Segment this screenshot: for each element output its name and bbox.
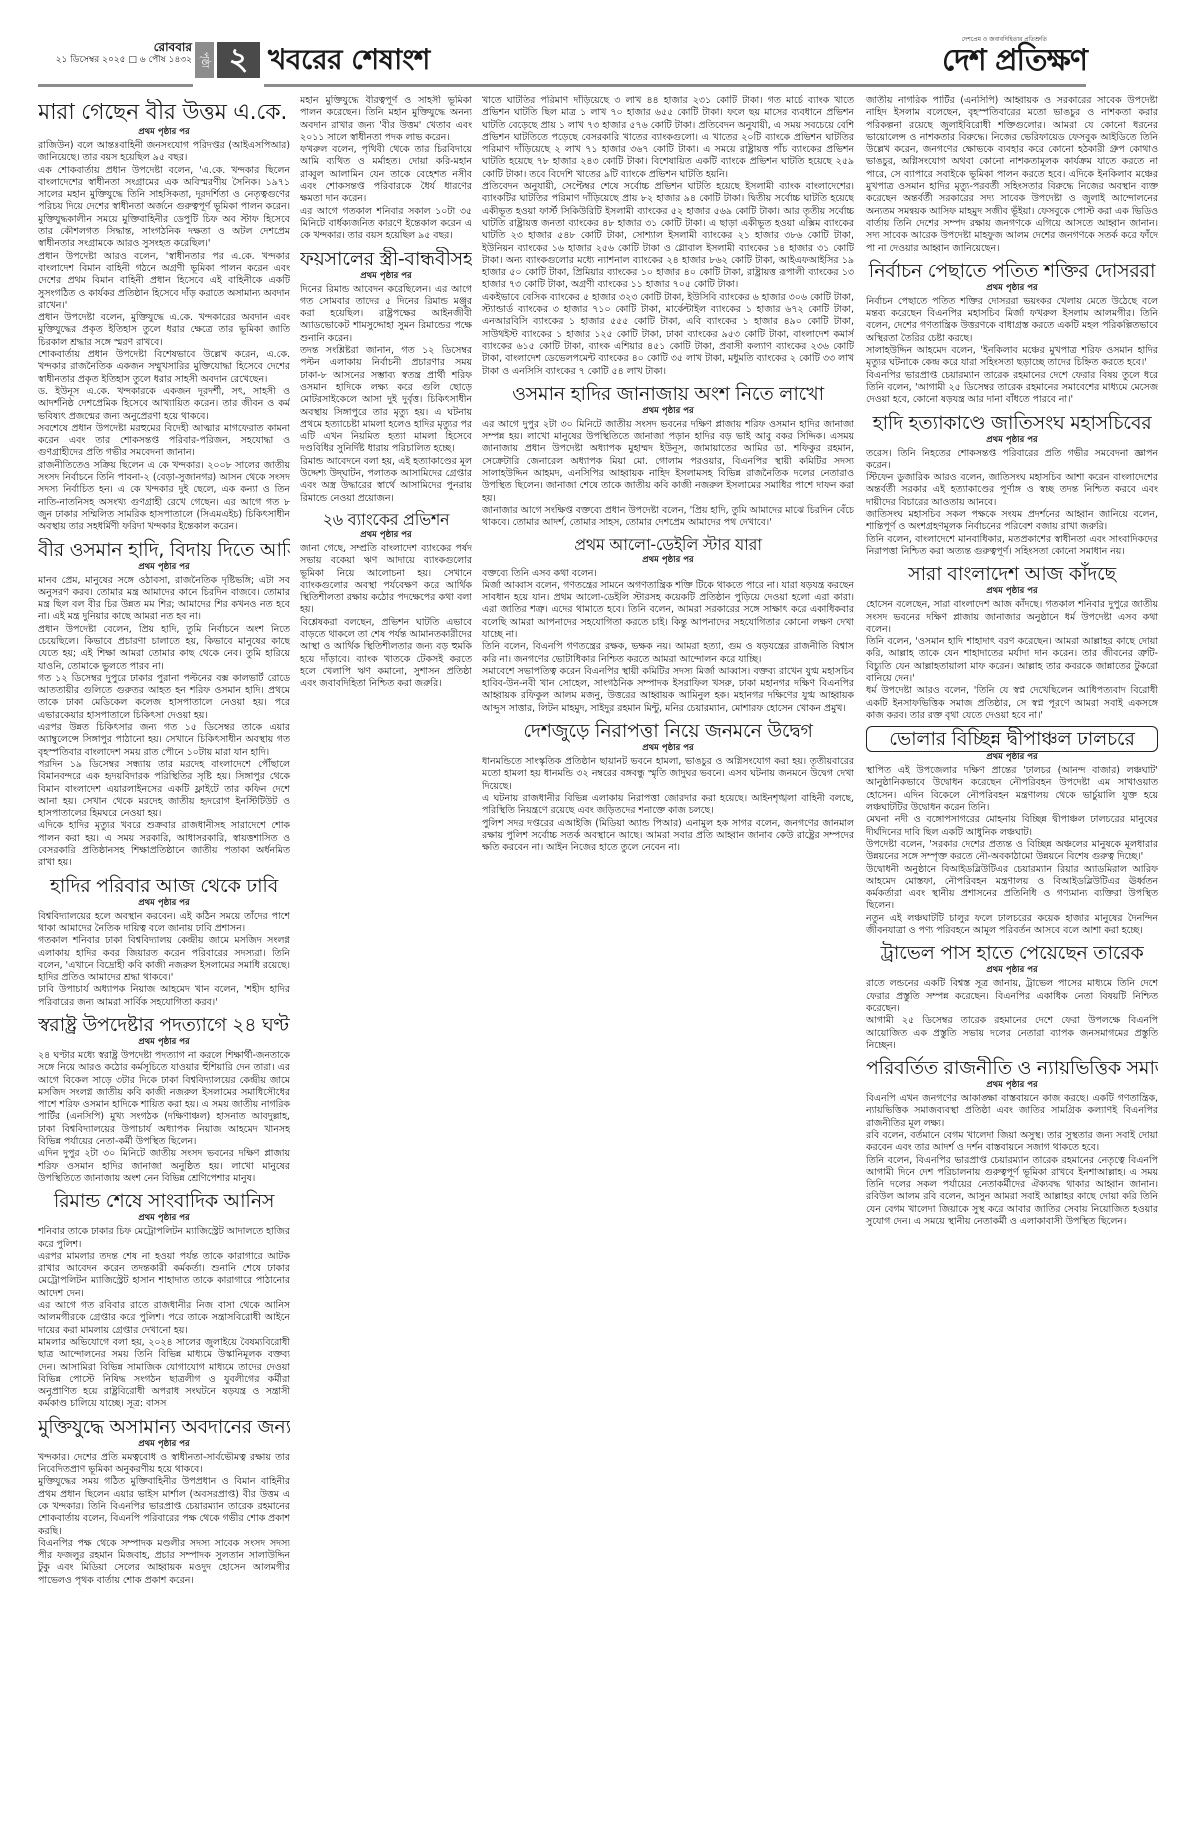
continued-label: প্রথম পৃষ্ঠার পর [866,435,1158,446]
date-block: রোববার ২১ ডিসেম্বর ২০২৫ □ ৬ পৌষ ১৪৩২ [0,40,192,66]
section-title: খবরের শেষাংশ [268,40,430,80]
article-security-concern: দেশজুড়ে নিরাপত্তা নিয়ে জনমনে উদ্বেগ প্… [482,719,854,854]
article-paragraph: মুক্তিযুদ্ধের সময় গঠিত মুক্তিবাহিনীর উপ… [38,1476,290,1537]
article-paragraph: ধানমন্ডিতে সাংস্কৃতিক প্রতিষ্ঠান ছায়ানট… [482,756,854,793]
header-rule-left [38,84,193,87]
headline: ভোলার বিচ্ছিন্ন দ্বীপাঞ্চল ঢালচরে [866,726,1158,752]
newspaper-brand: দেশপ্রেম ও জবাবদিহিতার প্রতিশ্রুতি দেশ প… [942,36,1087,78]
article-paragraph: উদ্বোধনী অনুষ্ঠানে বিআইডব্লিউটিএর চেয়ার… [866,864,1158,913]
article-paragraph: জানা গেছে, সম্প্রতি বাংলাদেশ ব্যাংকের পর… [300,543,472,617]
continued-label: প্রথম পৃষ্ঠার পর [38,1037,290,1048]
headline: নির্বাচন পেছাতে পতিত শক্তির দোসররা [866,259,1158,283]
article-26-banks: ২৬ ব্যাংকের প্রভিশন প্রথম পৃষ্ঠার পর জান… [300,509,472,691]
article-paragraph: তিনি বলেন, বিএনপির ভারপ্রাপ্ত চেয়ারম্যা… [866,1155,1158,1229]
article-travel-pass: ট্রাভেল পাস হাতে পেয়েছেন তারেক প্রথম পৃ… [866,941,1158,1052]
continued-label: প্রথম পৃষ্ঠার পর [866,752,1158,763]
headline: ওসমান হাদির জানাজায় অংশ নিতে লাখো [482,382,854,406]
article-paragraph: খাতে ঘাটতির পরিমাণ দাঁড়িয়েছে ৩ লাখ ৪৪ … [482,95,854,181]
article-paragraph: ড. ইউনূস এ.কে. খন্দকারকে একজন দূরদর্শী, … [38,386,290,423]
headline: হাদি হত্যাকাণ্ডে জাতিসংঘ মহাসচিবের [866,411,1158,435]
article-paragraph: জাতীয় নাগরিক পার্টির (এনসিপি) আহ্বায়ক … [866,95,1158,255]
article-hadi-family: হাদির পরিবার আজ থেকে ঢাবি প্রথম পৃষ্ঠার … [38,874,290,1009]
continued-label: প্রথম পৃষ্ঠার পর [38,1439,290,1450]
continued-label: প্রথম পৃষ্ঠার পর [866,586,1158,597]
article-prothom-alo: প্রথম আলো-ডেইলি স্টার যারা প্রথম পৃষ্ঠার… [482,534,854,716]
article-paragraph: এরপর উন্নত চিকিৎসার জন্য গত ১৫ ডিসেম্বর … [38,722,290,759]
article-paragraph: তিনি বলেন, বিএনপি গণতন্ত্রের রক্ষক, ভক্ষ… [482,641,854,666]
article-paragraph: নতুন এই লঞ্চঘাটটি চালুর ফলে ঢালচরের কয়ে… [866,913,1158,938]
article-faisal: ফয়সালের স্ত্রী-বান্ধবীসহ প্রথম পৃষ্ঠার … [300,247,472,505]
page-number: ২ [217,42,260,78]
article-changed-politics: পরিবর্তিত রাজনীতি ও ন্যায়ভিত্তিক সমাজ প… [866,1056,1158,1228]
article-paragraph: রিমান্ড আবেদনে বলা হয়, এই হত্যাকাণ্ডের … [300,456,472,505]
headline: মুক্তিযুদ্ধে অসামান্য অবদানের জন্য এ [38,1415,290,1439]
article-paragraph: ধর্ম উপদেষ্টা আরও বলেন, 'তিনি যে স্বপ্ন … [866,685,1158,722]
article-paragraph: রাতে লন্ডনের একটি বিশ্বস্ত সূত্র জানায়,… [866,978,1158,1015]
article-paragraph: এদিন দুপুর ২টা ৩০ মিনিটে জাতীয় সংসদ ভবন… [38,1148,290,1185]
article-paragraph: খন্দকার। দেশের প্রতি মমত্ববোধ ও স্বাধীনত… [38,1452,290,1477]
column-2: মহান মুক্তিযুদ্ধে বীরত্বপূর্ণ ও সাহসী ভূ… [300,95,472,1835]
article-paragraph: শনিবার তাকে ঢাকার চিফ মেট্রোপলিটন ম্যাজি… [38,1226,290,1251]
article-paragraph: তদন্ত সংশ্লিষ্টরা জানান, গত ১২ ডিসেম্বর … [300,345,472,456]
article-paragraph: এদিকে হাদির মৃত্যুর খবরে শুক্রবার রাজধান… [38,820,290,869]
article-election: নির্বাচন পেছাতে পতিত শক্তির দোসররা প্রথম… [866,259,1158,407]
article-paragraph: শোকবার্তায় প্রধান উপদেষ্টা বিশেষভাবে উল… [38,349,290,386]
article-paragraph: প্রধান উপদেষ্টা বলেন, মুক্তিযুদ্ধে এ.কে.… [38,312,290,349]
article-paragraph: মহান মুক্তিযুদ্ধে বীরত্বপূর্ণ ও সাহসী ভূ… [300,95,472,144]
article-paragraph: তিনি বলেন, 'ওসমান হাদি শাহাদাৎ বরণ করেছে… [866,636,1158,685]
article-paragraph: আগামী ২৫ ডিসেম্বর তারেক রহমানের দেশে ফের… [866,1015,1158,1052]
article-liberation-war: মুক্তিযুদ্ধে অসামান্য অবদানের জন্য এ প্র… [38,1415,290,1587]
article-paragraph: স্টিফেন ডুজারিক আরও বলেন, জাতিসংঘ মহাসচি… [866,472,1158,509]
article-paragraph: এক শোকবার্তায় প্রধান উপদেষ্টা বলেন, 'এ.… [38,165,290,251]
continued-label: প্রথম পৃষ্ঠার পর [300,530,472,541]
article-un-secretary-general: হাদি হত্যাকাণ্ডে জাতিসংঘ মহাসচিবের প্রথম… [866,411,1158,559]
headline: পরিবর্তিত রাজনীতি ও ন্যায়ভিত্তিক সমাজ [866,1056,1158,1080]
article-paragraph: সালাহউদ্দিন আহমেদ বলেন, 'ইনকিলাব মঞ্চের … [866,345,1158,370]
article-paragraph: হোসেন বলেছেন, সারা বাংলাদেশ আজ কাঁদছে। গ… [866,599,1158,636]
article-paragraph: রাজিউন) বলে আন্তঃবাহিনী জনসংযোগ পরিদপ্তর… [38,140,290,165]
article-paragraph: প্রধান উপদেষ্টা বেলেন, প্রিয় হাদি, তুমি… [38,624,290,673]
continued-label: প্রথম পৃষ্ঠার পর [482,555,854,566]
headline: বীর ওসমান হাদি, বিদায় দিতে আসিনি [38,538,290,562]
continued-label: প্রথম পৃষ্ঠার পর [38,127,290,138]
headline: স্বরাষ্ট্র উপদেষ্টার পদত্যাগে ২৪ ঘণ্টার [38,1013,290,1037]
continued-label: প্রথম পৃষ্ঠার পর [866,283,1158,294]
header-rule-right [264,84,1086,87]
article-paragraph: মানব প্রেম, মানুষের সঙ্গে ওঠাবসা, রাজনৈত… [38,575,290,624]
headline: রিমান্ড শেষে সাংবাদিক আনিস [38,1189,290,1213]
article-paragraph: এরপর মামলার তদন্ত শেষ না হওয়া পর্যন্ত ত… [38,1251,290,1300]
article-paragraph: তিনি বলেন, বাংলাদেশে মানবাধিকার, মতপ্রকা… [866,534,1158,559]
article-paragraph: গতকাল শনিবার ঢাকা বিশ্ববিদ্যালয় কেন্দ্র… [38,935,290,984]
article-paragraph: একইভাবে বেসিক ব্যাংকের ৫ হাজার ৩২৩ কোটি … [482,292,854,378]
article-paragraph: বিএনপি এখন জনগণের আকাঙ্ক্ষা বাস্তবায়নে … [866,1093,1158,1130]
headline: ২৬ ব্যাংকের প্রভিশন [300,509,472,530]
article-paragraph: স্থাপিত এই উপজেলার দক্ষিণ প্রান্তের 'ঢাল… [866,765,1158,814]
headline: ফয়সালের স্ত্রী-বান্ধবীসহ [300,247,472,271]
headline: হাদির পরিবার আজ থেকে ঢাবি [38,874,290,898]
article-paragraph: মেঘনা নদী ও বঙ্গোপসাগরের মোহনায় বিচ্ছিন… [866,814,1158,839]
continued-label: প্রথম পৃষ্ঠার পর [38,898,290,909]
article-paragraph: এর আগে দুপুর ২টা ৩০ মিনিটে জাতীয় সংসদ ভ… [482,419,854,505]
article-paragraph: তরেস। তিনি নিহতের শোকসন্তপ্ত পরিবারের প্… [866,448,1158,473]
article-paragraph: বিএনপির ভারপ্রাপ্ত চেয়ারম্যান তারেক রহম… [866,370,1158,407]
article-paragraph: পরদিন ১৯ ডিসেম্বর সন্ধ্যায় তার মরদেহ বা… [38,759,290,820]
article-paragraph: মির্জা আব্বাস বলেন, গণতন্ত্রের সামনে অগণ… [482,580,854,641]
article-remand-anis: রিমান্ড শেষে সাংবাদিক আনিস প্রথম পৃষ্ঠার… [38,1189,290,1410]
weekday: রোববার [0,40,192,54]
article-paragraph: পুলিশ সদর দপ্তরের এআইজি (মিডিয়া অ্যান্ড… [482,818,854,855]
newspaper-logo: দেশ প্রতিক্ষণ [942,44,1087,78]
continued-label: প্রথম পৃষ্ঠার পর [866,1080,1158,1091]
article-paragraph: এ ঘটনায় রাজধানীর বিভিন্ন এলাকায় নিরাপত… [482,793,854,818]
article-paragraph: এর আগে গত রবিবার রাতে রাজধানীর নিজ বাসা … [38,1300,290,1337]
article-paragraph: উপদেষ্টা বলেন, 'সরকার দেশের প্রত্যন্ত ও … [866,839,1158,864]
article-paragraph: প্রধান উপদেষ্টা আরও বলেন, 'স্বাধীনতার পর… [38,251,290,312]
article-paragraph: রবি বলেন, বর্তমানে বেগম খালেদা জিয়া অসু… [866,1130,1158,1155]
article-paragraph: প্রতিবেদন অনুযায়ী, সেপ্টেম্বর শেষে সর্ব… [482,181,854,292]
article-bhola-dhalchar: ভোলার বিচ্ছিন্ন দ্বীপাঞ্চল ঢালচরে প্রথম … [866,726,1158,937]
headline: দেশজুড়ে নিরাপত্তা নিয়ে জনমনে উদ্বেগ [482,719,854,743]
article-paragraph: দিনের রিমান্ড আবেদন করেছিলেন। এর আগে গত … [300,284,472,345]
article-bangladesh-cries: সারা বাংলাদেশ আজ কাঁদছে প্রথম পৃষ্ঠার পর… [866,562,1158,722]
headline: ট্রাভেল পাস হাতে পেয়েছেন তারেক [866,941,1158,965]
article-paragraph: বিশ্লেষকরা বলছেন, প্রভিশন ঘাটতি এভাবে বা… [300,617,472,691]
article-home-adviser: স্বরাষ্ট্র উপদেষ্টার পদত্যাগে ২৪ ঘণ্টার … [38,1013,290,1185]
continued-label: প্রথম পৃষ্ঠার পর [300,271,472,282]
headline: মারা গেছেন বীর উত্তম এ.কে. খন্দকার [38,99,290,127]
article-paragraph: জাতিসংঘ মহাসচিব সকল পক্ষকে সংযম প্রদর্শন… [866,509,1158,534]
article-osman-funeral: ওসমান হাদির জানাজায় অংশ নিতে লাখো প্রথম… [482,382,854,530]
article-paragraph: বিশ্ববিদ্যালয়ের হলে অবস্থান করবেন। এই ক… [38,911,290,936]
article-paragraph: মামলার অভিযোগে বলা হয়, ২০২৪ সালের জুলাই… [38,1337,290,1411]
page-masthead: রোববার ২১ ডিসেম্বর ২০২৫ □ ৬ পৌষ ১৪৩২ পৃষ… [0,0,1200,90]
article-paragraph: বিএনপির পক্ষ থেকে সম্পাদক মণ্ডলীর সদস্য … [38,1538,290,1587]
article-khandakar-cont: মহান মুক্তিযুদ্ধে বীরত্বপূর্ণ ও সাহসী ভূ… [300,95,472,243]
article-bir-osman-hadi: বীর ওসমান হাদি, বিদায় দিতে আসিনি প্রথম … [38,538,290,870]
article-paragraph: ঢাবি উপাচার্য অধ্যাপক নিয়াজ আহমেদ খান ব… [38,984,290,1009]
article-paragraph: এর আগে গতকাল শনিবার সকাল ১০টা ৩৫ মিনিটে … [300,206,472,243]
continued-label: প্রথম পৃষ্ঠার পর [866,965,1158,976]
article-paragraph: ফখরুল বলেন, পৃথিবী থেকে তার চিরবিদায়ে আ… [300,144,472,205]
article-paragraph: সবশেষে প্রধান উপদেষ্টা মরহুমের বিদেহী আত… [38,423,290,460]
article-paragraph: গত ১২ ডিসেম্বর দুপুরে ঢাকার পুরানা পল্টন… [38,673,290,722]
column-3: খাতে ঘাটতির পরিমাণ দাঁড়িয়েছে ৩ লাখ ৪৪ … [482,95,854,1835]
headline: সারা বাংলাদেশ আজ কাঁদছে [866,562,1158,586]
article-paragraph: বক্তব্যে তিনি এসব কথা বলেন। [482,568,854,580]
article-paragraph: নির্বাচন পেছাতে পতিত শক্তির দোসররা ভয়ংক… [866,296,1158,345]
page-bottom-margin [0,1800,1200,1843]
issue-date: ২১ ডিসেম্বর ২০২৫ □ ৬ পৌষ ১৪৩২ [0,54,192,66]
headline: প্রথম আলো-ডেইলি স্টার যারা [482,534,854,555]
article-paragraph: রাজনীতিতেও সক্রিয় ছিলেন এ কে খন্দকার। ২… [38,460,290,534]
continued-label: প্রথম পৃষ্ঠার পর [38,1213,290,1224]
continued-label: প্রথম পৃষ্ঠার পর [482,406,854,417]
article-paragraph: সমাবেশে সভাপতিত্ব করেন বিএনপির স্থায়ী ক… [482,666,854,715]
column-5: জাতীয় নাগরিক পার্টির (এনসিপি) আহ্বায়ক … [866,95,1158,1835]
column-1: মারা গেছেন বীর উত্তম এ.কে. খন্দকার প্রথম… [38,95,290,1835]
article-banks-body: খাতে ঘাটতির পরিমাণ দাঁড়িয়েছে ৩ লাখ ৪৪ … [482,95,854,378]
article-paragraph: ২৪ ঘণ্টার মধ্যে স্বরাষ্ট্র উপদেষ্টা পদত্… [38,1050,290,1148]
article-khandakar: মারা গেছেন বীর উত্তম এ.কে. খন্দকার প্রথম… [38,99,290,534]
article-paragraph: জানাজার আগে সংক্ষিপ্ত বক্তব্যে প্রধান উপ… [482,505,854,530]
page-label: পৃষ্ঠা [195,42,214,78]
continued-label: প্রথম পৃষ্ঠার পর [482,743,854,754]
continued-label: প্রথম পৃষ্ঠার পর [38,562,290,573]
article-ncp: জাতীয় নাগরিক পার্টির (এনসিপি) আহ্বায়ক … [866,95,1158,255]
